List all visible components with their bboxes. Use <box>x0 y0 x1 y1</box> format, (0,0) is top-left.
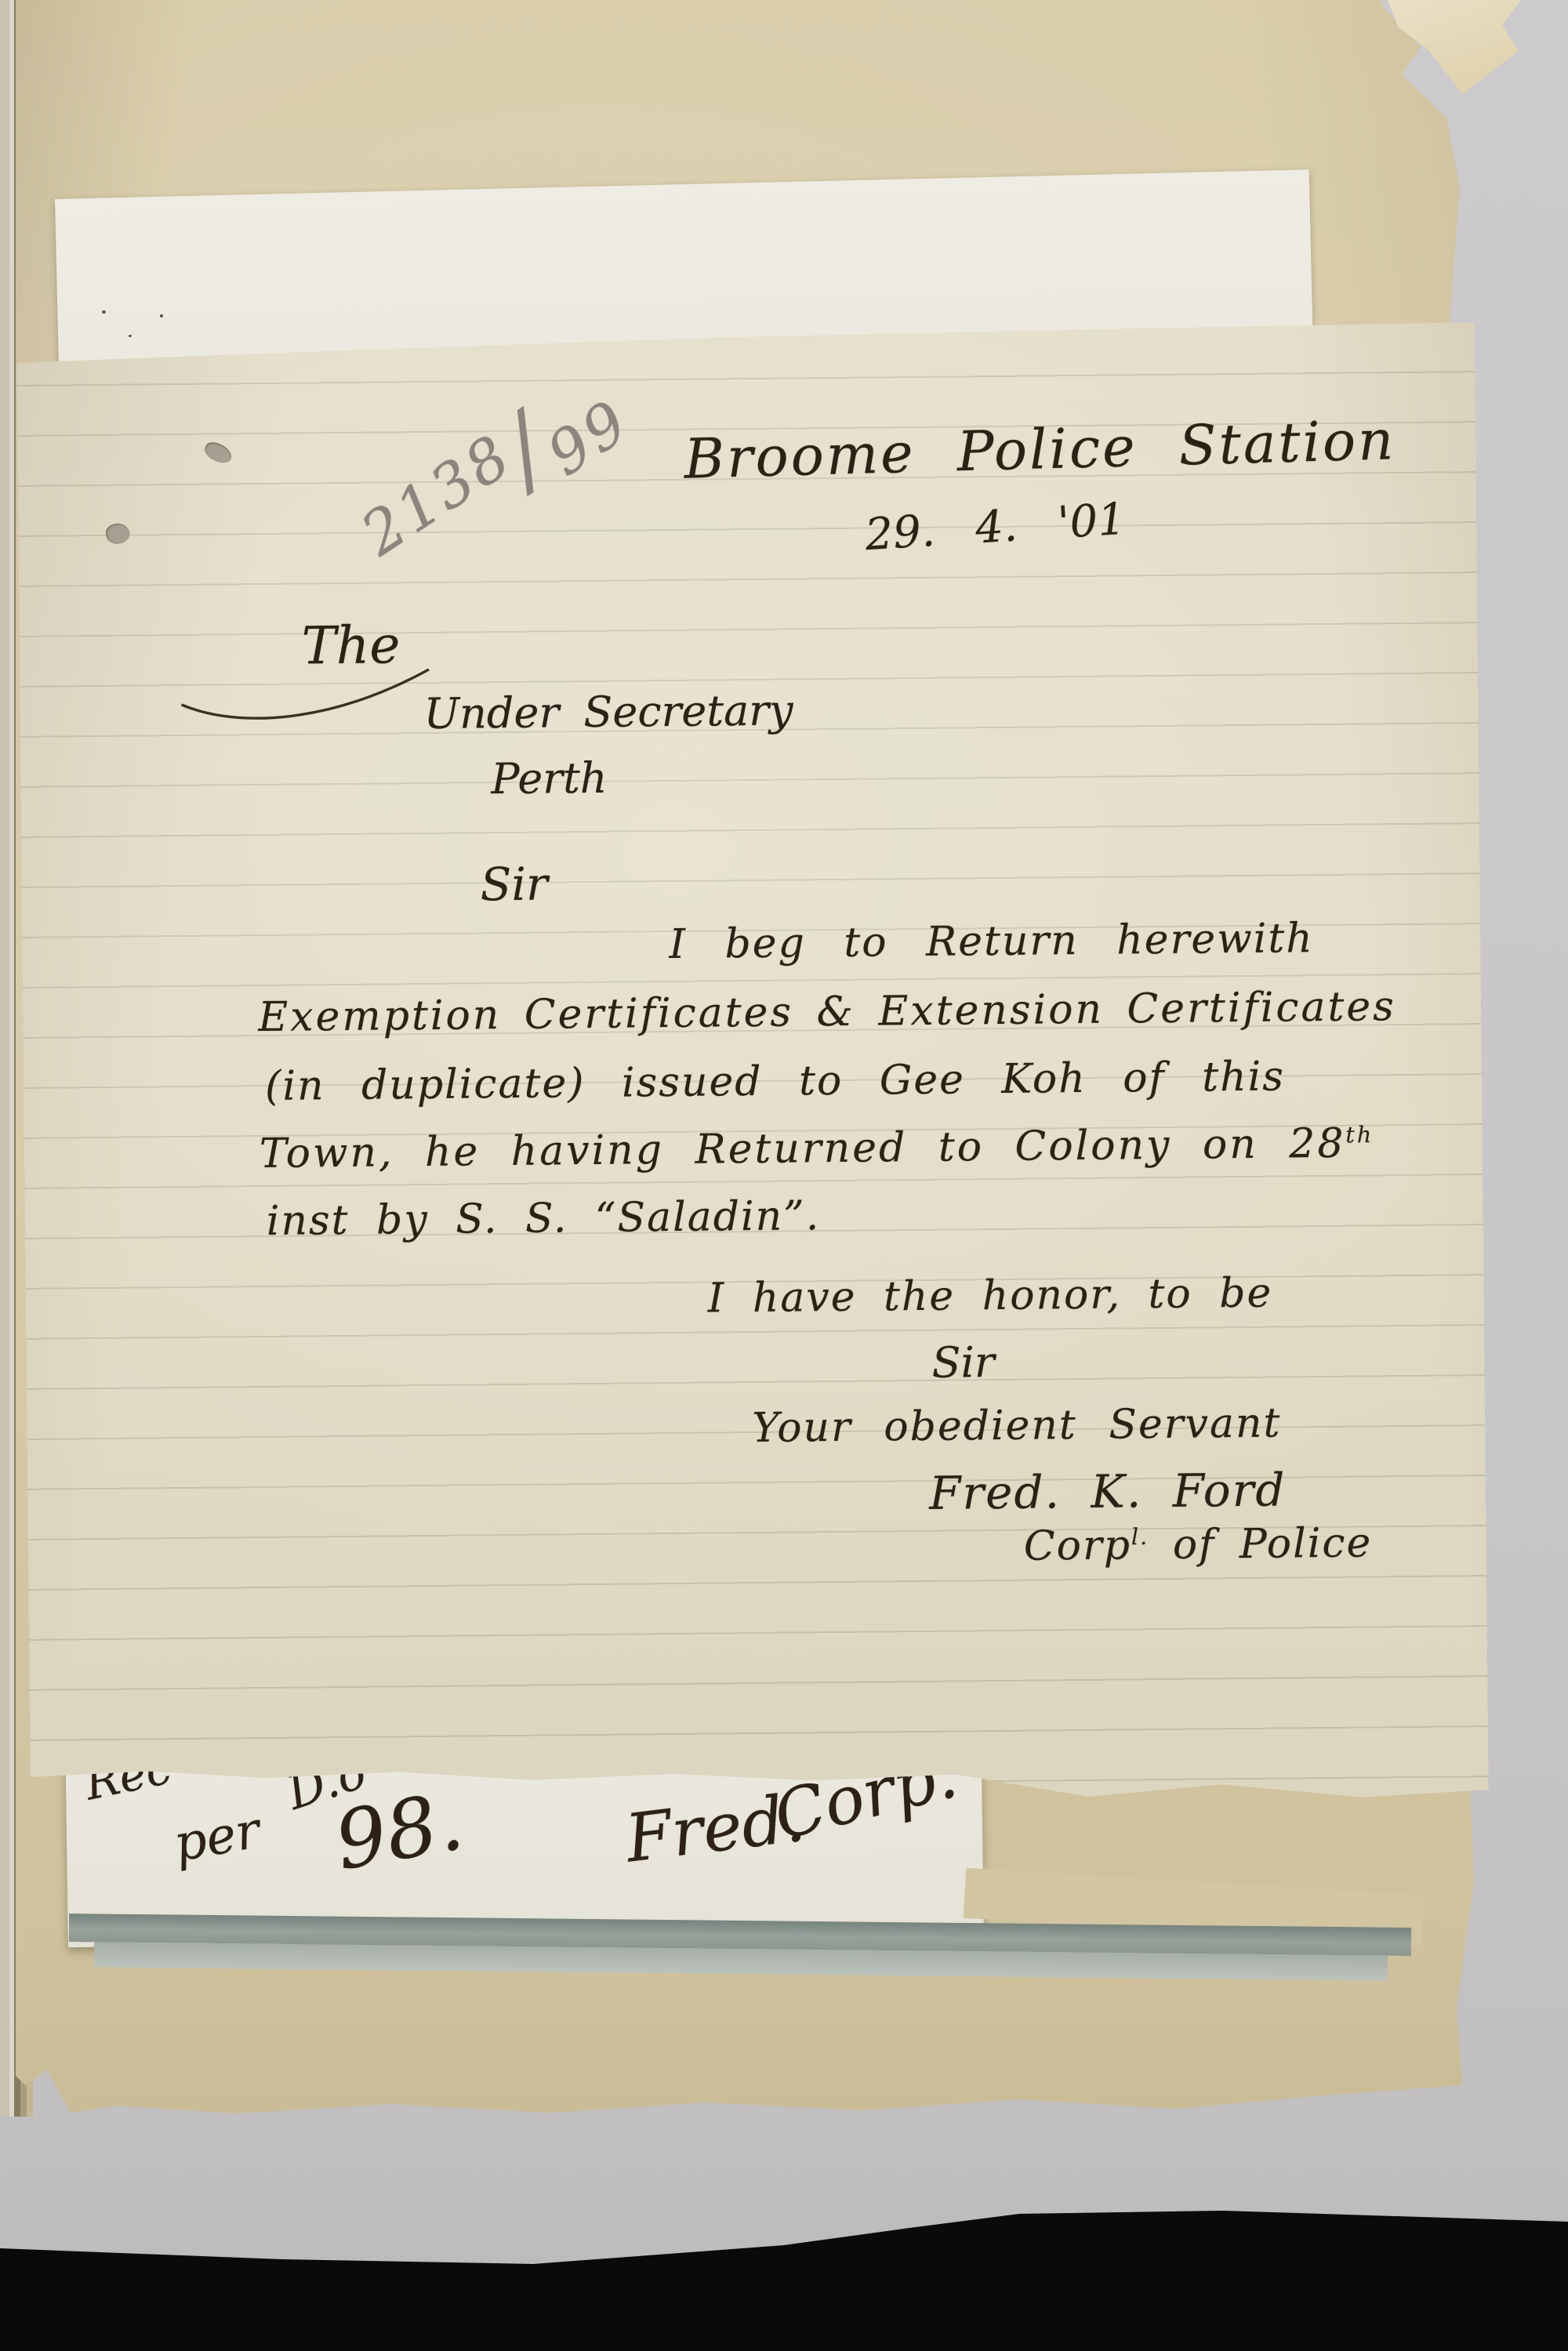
body-line-5: inst by S. S. “Saladin”. <box>267 1195 821 1242</box>
body-line-4-superscript: th <box>1345 1121 1374 1148</box>
letter-page: 2138/99 Broome Police Station 29. 4. '01… <box>16 322 1489 1824</box>
paper-speck <box>160 314 163 317</box>
signature-name: Fred. K. Ford <box>929 1467 1287 1515</box>
body-line-1: I beg to Return herewith <box>669 918 1314 965</box>
the-flourish <box>176 662 436 719</box>
fragment-98: 98. <box>329 1782 468 1883</box>
recipient-under-secretary: Under Secretary <box>423 689 793 735</box>
salutation: Sir <box>480 861 548 907</box>
table-surface <box>0 2187 1568 2351</box>
closing-line-3: Your obedient Servant <box>752 1403 1281 1449</box>
signature-rank-main: Corp <box>1024 1522 1132 1569</box>
body-line-4-text: Town, he having Returned to Colony on 28 <box>260 1120 1346 1177</box>
photographed-archive-page: Rec per D.o 98. Fred. Corp. 2138/99 Broo… <box>0 0 1568 2351</box>
recipient-perth: Perth <box>491 757 608 800</box>
paper-speck <box>102 310 106 314</box>
date-line: 29. 4. '01 <box>864 498 1127 557</box>
file-number-pencil: 2138/99 <box>349 355 640 596</box>
paper-tear-mark <box>201 439 234 466</box>
paper-tear-mark <box>104 521 132 546</box>
station-line: Broome Police Station <box>684 412 1396 487</box>
paper-speck <box>129 335 132 337</box>
closing-sir: Sir <box>931 1341 995 1384</box>
body-line-2: Exemption Certificates & Extension Certi… <box>258 986 1396 1038</box>
body-line-4: Town, he having Returned to Colony on 28… <box>260 1123 1374 1174</box>
body-line-3: (in duplicate) issued to Gee Koh of this <box>265 1056 1285 1106</box>
signature-rank: Corpl. of Police <box>1024 1522 1373 1566</box>
file-number-numerator: 2138 <box>349 420 524 569</box>
closing-line-1: I have the honor, to be <box>708 1273 1273 1319</box>
fragment-per: per <box>170 1805 263 1870</box>
signature-rank-superscript: l. <box>1131 1523 1149 1550</box>
signature-rank-rest: of Police <box>1149 1519 1373 1569</box>
